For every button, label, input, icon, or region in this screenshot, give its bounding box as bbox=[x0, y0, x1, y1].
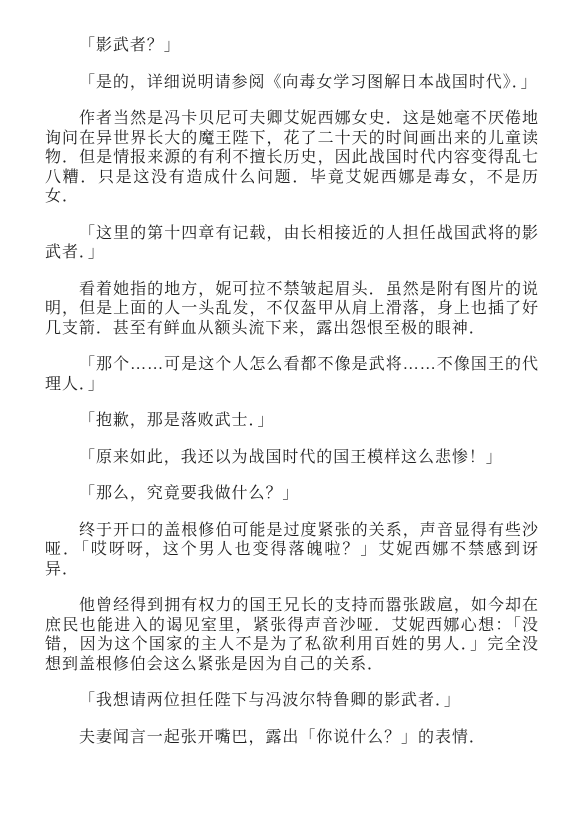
paragraph-dialogue: 「我想请两位担任陛下与冯波尔特鲁卿的影武者．」 bbox=[45, 691, 539, 711]
paragraph-dialogue: 「那个……可是这个人怎么看都不像是武将……不像国王的代理人．」 bbox=[45, 355, 539, 394]
paragraph-narration: 他曾经得到拥有权力的国王兄长的支持而嚣张跋扈，如今却在庶民也能进入的谒见室里，紧… bbox=[45, 596, 539, 674]
paragraph-dialogue: 「原来如此，我还以为战国时代的国王模样这么悲惨！」 bbox=[45, 448, 539, 468]
paragraph-dialogue: 「这里的第十四章有记载，由长相接近的人担任战国武将的影武者．」 bbox=[45, 224, 539, 263]
paragraph-narration: 作者当然是冯卡贝尼可夫卿艾妮西娜女史．这是她毫不厌倦地询问在异世界长大的魔王陛下… bbox=[45, 109, 539, 207]
paragraph-narration: 夫妻闻言一起张开嘴巴，露出「你说什么？」的表情． bbox=[45, 728, 539, 748]
paragraph-dialogue: 「那么，究竟要我做什么？」 bbox=[45, 484, 539, 504]
paragraph-dialogue: 「影武者？」 bbox=[45, 36, 539, 56]
paragraph-narration: 终于开口的盖根修伯可能是过度紧张的关系，声音显得有些沙哑．「哎呀呀，这个男人也变… bbox=[45, 521, 539, 580]
scanned-page: 「影武者？」 「是的，详细说明请参阅《向毒女学习图解日本战国时代》．」 作者当然… bbox=[0, 0, 583, 828]
paragraph-dialogue: 「抱歉，那是落败武士．」 bbox=[45, 411, 539, 431]
paragraph-dialogue: 「是的，详细说明请参阅《向毒女学习图解日本战国时代》．」 bbox=[45, 73, 539, 93]
paragraph-narration: 看着她指的地方，妮可拉不禁皱起眉头．虽然是附有图片的说明，但是上面的人一头乱发，… bbox=[45, 280, 539, 339]
